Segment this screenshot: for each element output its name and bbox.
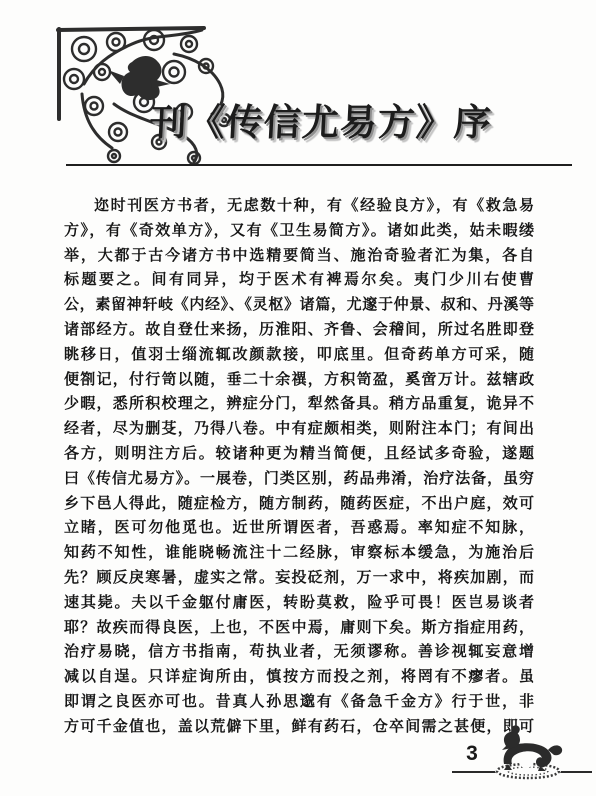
- text-line: 乡下邑人得此，随症检方，随方制药，随药医症，不出户庭，效可: [64, 492, 534, 517]
- text-line: 方》，有《奇效单方》，又有《卫生易简方》。诸如此类，姑未暇缕: [64, 219, 534, 244]
- text-line: 标题要之。间有同异，均于医术有裨焉尔矣。夷门少川右使曹: [64, 268, 534, 293]
- text-line: 方可千金值也，盖以荒僻下里，鲜有药石，仓卒间需之甚便，即可: [64, 715, 534, 740]
- text-line: 立睹，医可勿他觅也。近世所谓医者，吾惑焉。率知症不知脉，: [64, 516, 534, 541]
- text-line: 迩时刊医方书者，无虑数十种，有《经验良方》，有《救急易: [64, 194, 534, 219]
- dragon-ornament-icon: [490, 724, 566, 780]
- text-line: 举，大都于古今诸方书中选精要简当、施治奇验者汇为集，各自: [64, 244, 534, 269]
- text-line: 经者，尽为删芟，乃得八卷。中有症颇相类，则附注本门；有间出: [64, 417, 534, 442]
- text-line: 便劄记，付行笥以随，垂二十余禩，方积笥盈，奚啻万计。兹辖政: [64, 368, 534, 393]
- text-line: 少暇，悉所积校理之，辨症分门，犁然备具。稍方品重复，诡异不: [64, 392, 534, 417]
- text-line: 公，素留神轩岐《内经》、《灵枢》诸篇，尤邃于仲景、叔和、丹溪等: [64, 293, 534, 318]
- text-line: 各方，则明注方后。较诸种更为精当简便，且经试多奇验，遂题: [64, 442, 534, 467]
- page-title: 刊《传信尤易方》序: [149, 92, 482, 146]
- text-line: 即谓之良医亦可也。昔真人孙思邈有《备急千金方》行于世，非: [64, 690, 534, 715]
- text-line: 先？顾反戾寒暑，虚实之常。妄投砭剂，万一求中，将疾加剧，而: [64, 566, 534, 591]
- text-line: 眺移日，值羽士缁流辄改颜款接，叩底里。但奇药单方可采，随: [64, 343, 534, 368]
- text-line: 治疗易晓，信方书指南，苟执业者，无须谬称。善诊视辄妄意增: [64, 640, 534, 665]
- text-line: 耶？故疾而得良医，上也，不医中焉，庸则下矣。斯方指症用药，: [64, 616, 534, 641]
- text-line: 诸部经方。故自登仕来扬，历淮阳、齐鲁、会稽间，所过名胜即登: [64, 318, 534, 343]
- text-line: 知药不知性，谁能晓畅流注十二经脉，审察标本缓急，为施治后: [64, 541, 534, 566]
- body-text: 迩时刊医方书者，无虑数十种，有《经验良方》，有《救急易方》，有《奇效单方》，又有…: [64, 194, 534, 740]
- header-rule: [66, 164, 572, 166]
- text-line: 减以自逞。只详症询所由，慎按方而投之剂，将罔有不瘳者。虽: [64, 665, 534, 690]
- page-number: 3: [458, 742, 486, 766]
- text-line: 曰《传信尤易方》。一展卷，门类区别，药品弗淆，治疗法备，虽穷: [64, 467, 534, 492]
- scanned-book-page: 刊《传信尤易方》序 迩时刊医方书者，无虑数十种，有《经验良方》，有《救急易方》，…: [0, 0, 596, 796]
- text-line: 速其毙。夫以千金躯付庸医，转盼莫救，险乎可畏！医岂易谈者: [64, 591, 534, 616]
